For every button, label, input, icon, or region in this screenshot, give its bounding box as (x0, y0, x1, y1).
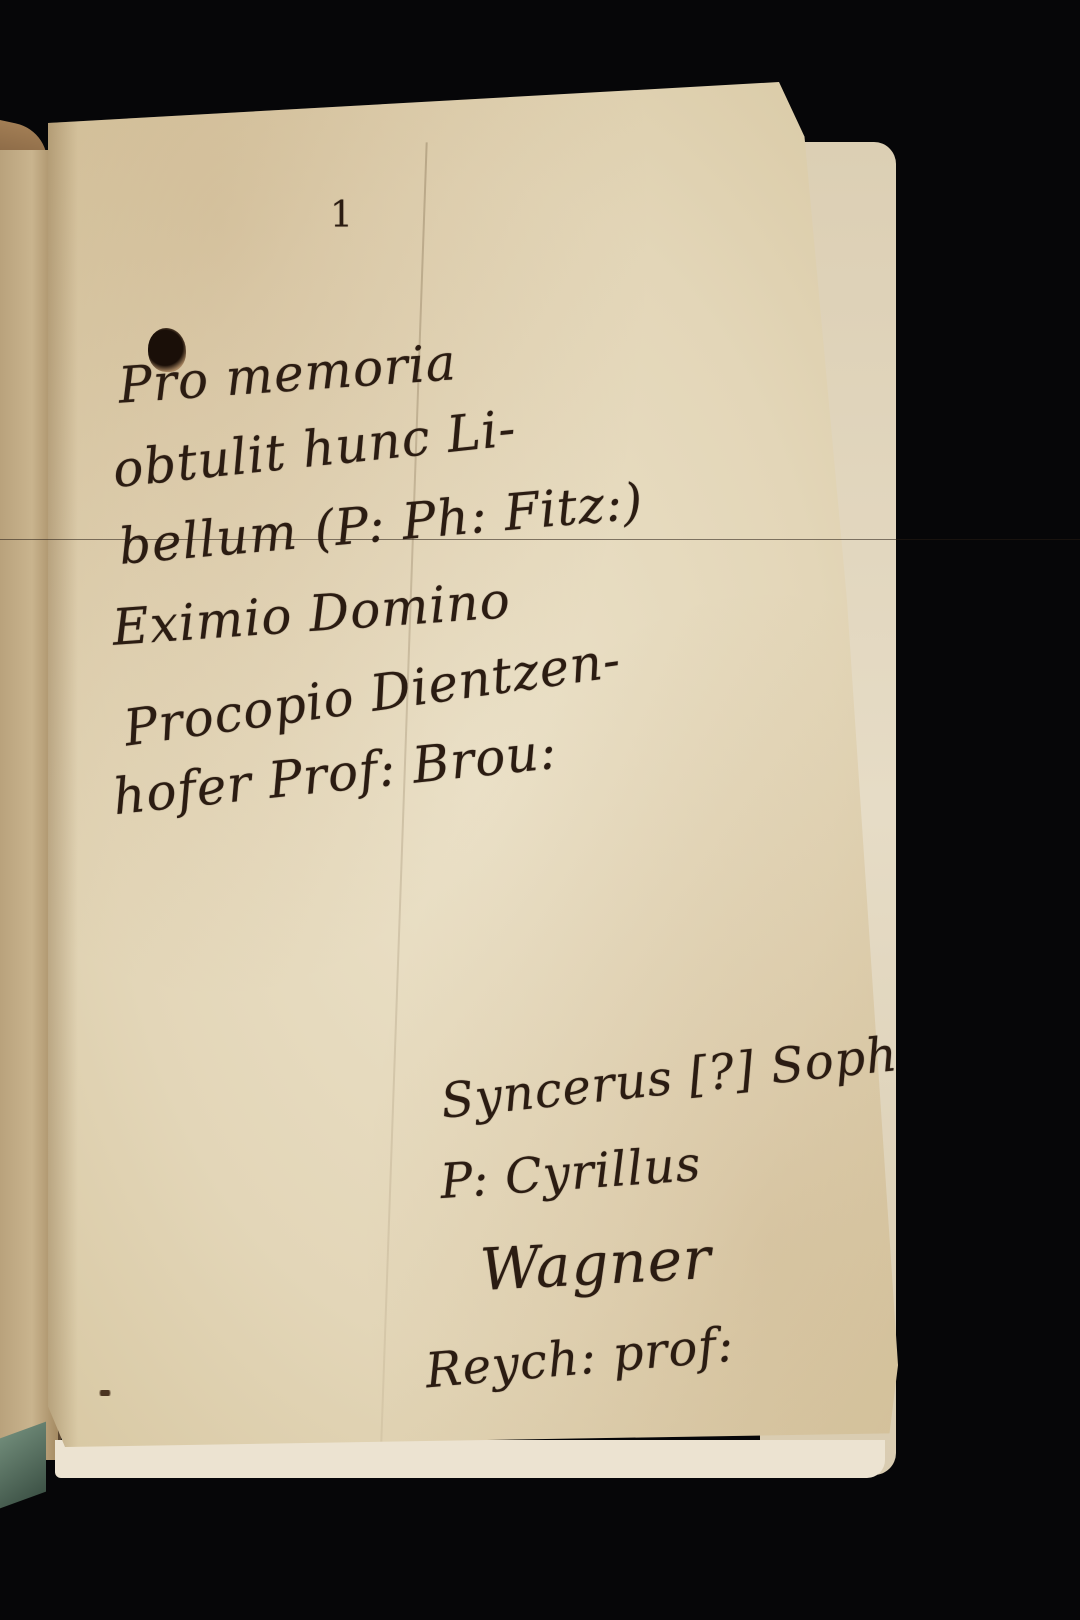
photo-background: 1 Pro memoria obtulit hunc Li- bellum (P… (0, 0, 1080, 1620)
ink-stain (95, 1390, 115, 1396)
scan-artifact-line (0, 539, 1080, 540)
signature-line: Wagner (478, 1224, 713, 1304)
folio-number: 1 (330, 195, 354, 236)
gutter-shadow (48, 82, 78, 1447)
under-leaf (55, 1440, 885, 1478)
green-cover-edge (0, 1422, 46, 1509)
